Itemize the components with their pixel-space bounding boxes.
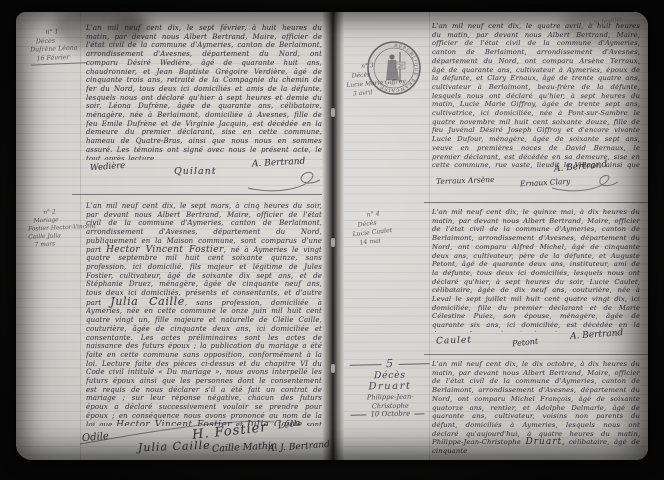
margin-note-record3: n° 3 Décès Lucie Marie Giffroy 3 avril [345, 57, 433, 99]
record-divider [424, 202, 648, 203]
signature: Julia Caille [138, 439, 211, 455]
register-scan: n° 1 Décès Dufrène Léona 16 Février L'an… [16, 12, 648, 460]
record-person-firstnames: Philippe-Jean-Christophe [350, 392, 430, 410]
act-text-segment: L'an mil neuf cent dix, le dix octobre, … [432, 360, 640, 446]
margin-note-record5: 5 Décès Druart Philippe-Jean-Christophe … [349, 357, 430, 419]
signature: Odile [82, 431, 110, 444]
left-page: n° 1 Décès Dufrène Léona 16 Février L'an… [16, 12, 322, 460]
signature: A. Bertrand [252, 157, 306, 170]
signature: A. J. Bertrand [268, 440, 330, 454]
signature-flourish [246, 168, 322, 194]
binding-stitch [331, 238, 335, 247]
book-binding-gutter [322, 12, 344, 460]
record2-act-text: L'an mil neuf cent dix, le sept mars, à … [86, 202, 322, 426]
binding-stitch [331, 108, 335, 117]
signature: Terraux Arsène [436, 175, 495, 186]
bride-name: Julia Caille [110, 295, 185, 308]
record3-act-text: L'an mil neuf cent dix, le quatre avril,… [432, 22, 640, 170]
record1-act-text: L'an mil neuf cent dix, le sept février,… [86, 24, 322, 160]
record-divider [72, 194, 322, 195]
record4-act-text: L'an mil neuf cent dix, le quinze mai, à… [432, 208, 640, 332]
record-date: 10 Octobre [350, 409, 430, 419]
margin-note-record4: n° 4 Décès Lucie Caulet 14 mai [350, 204, 433, 248]
right-page: 2e feuillet RÉPUBLIQUE FRANÇAISE 2f n° 3… [344, 12, 648, 460]
signature: Quilant [174, 166, 217, 177]
binding-stitch [331, 364, 335, 373]
act-text-segment: , sans profession, domiciliée à Aymeries… [86, 299, 322, 426]
scanner-background: { "annotations": { "folio_note": "2e feu… [0, 0, 664, 480]
signature: Ernaux Clary [520, 177, 571, 189]
record-divider [424, 354, 648, 355]
deceased-name: Druart [526, 437, 563, 447]
signature: Léon [277, 418, 301, 431]
record5-act-text: L'an mil neuf cent dix, le dix octobre, … [432, 360, 640, 460]
signature: Petont [512, 337, 539, 349]
signature: Wedière [90, 161, 126, 173]
signature: Caulet [436, 335, 472, 346]
